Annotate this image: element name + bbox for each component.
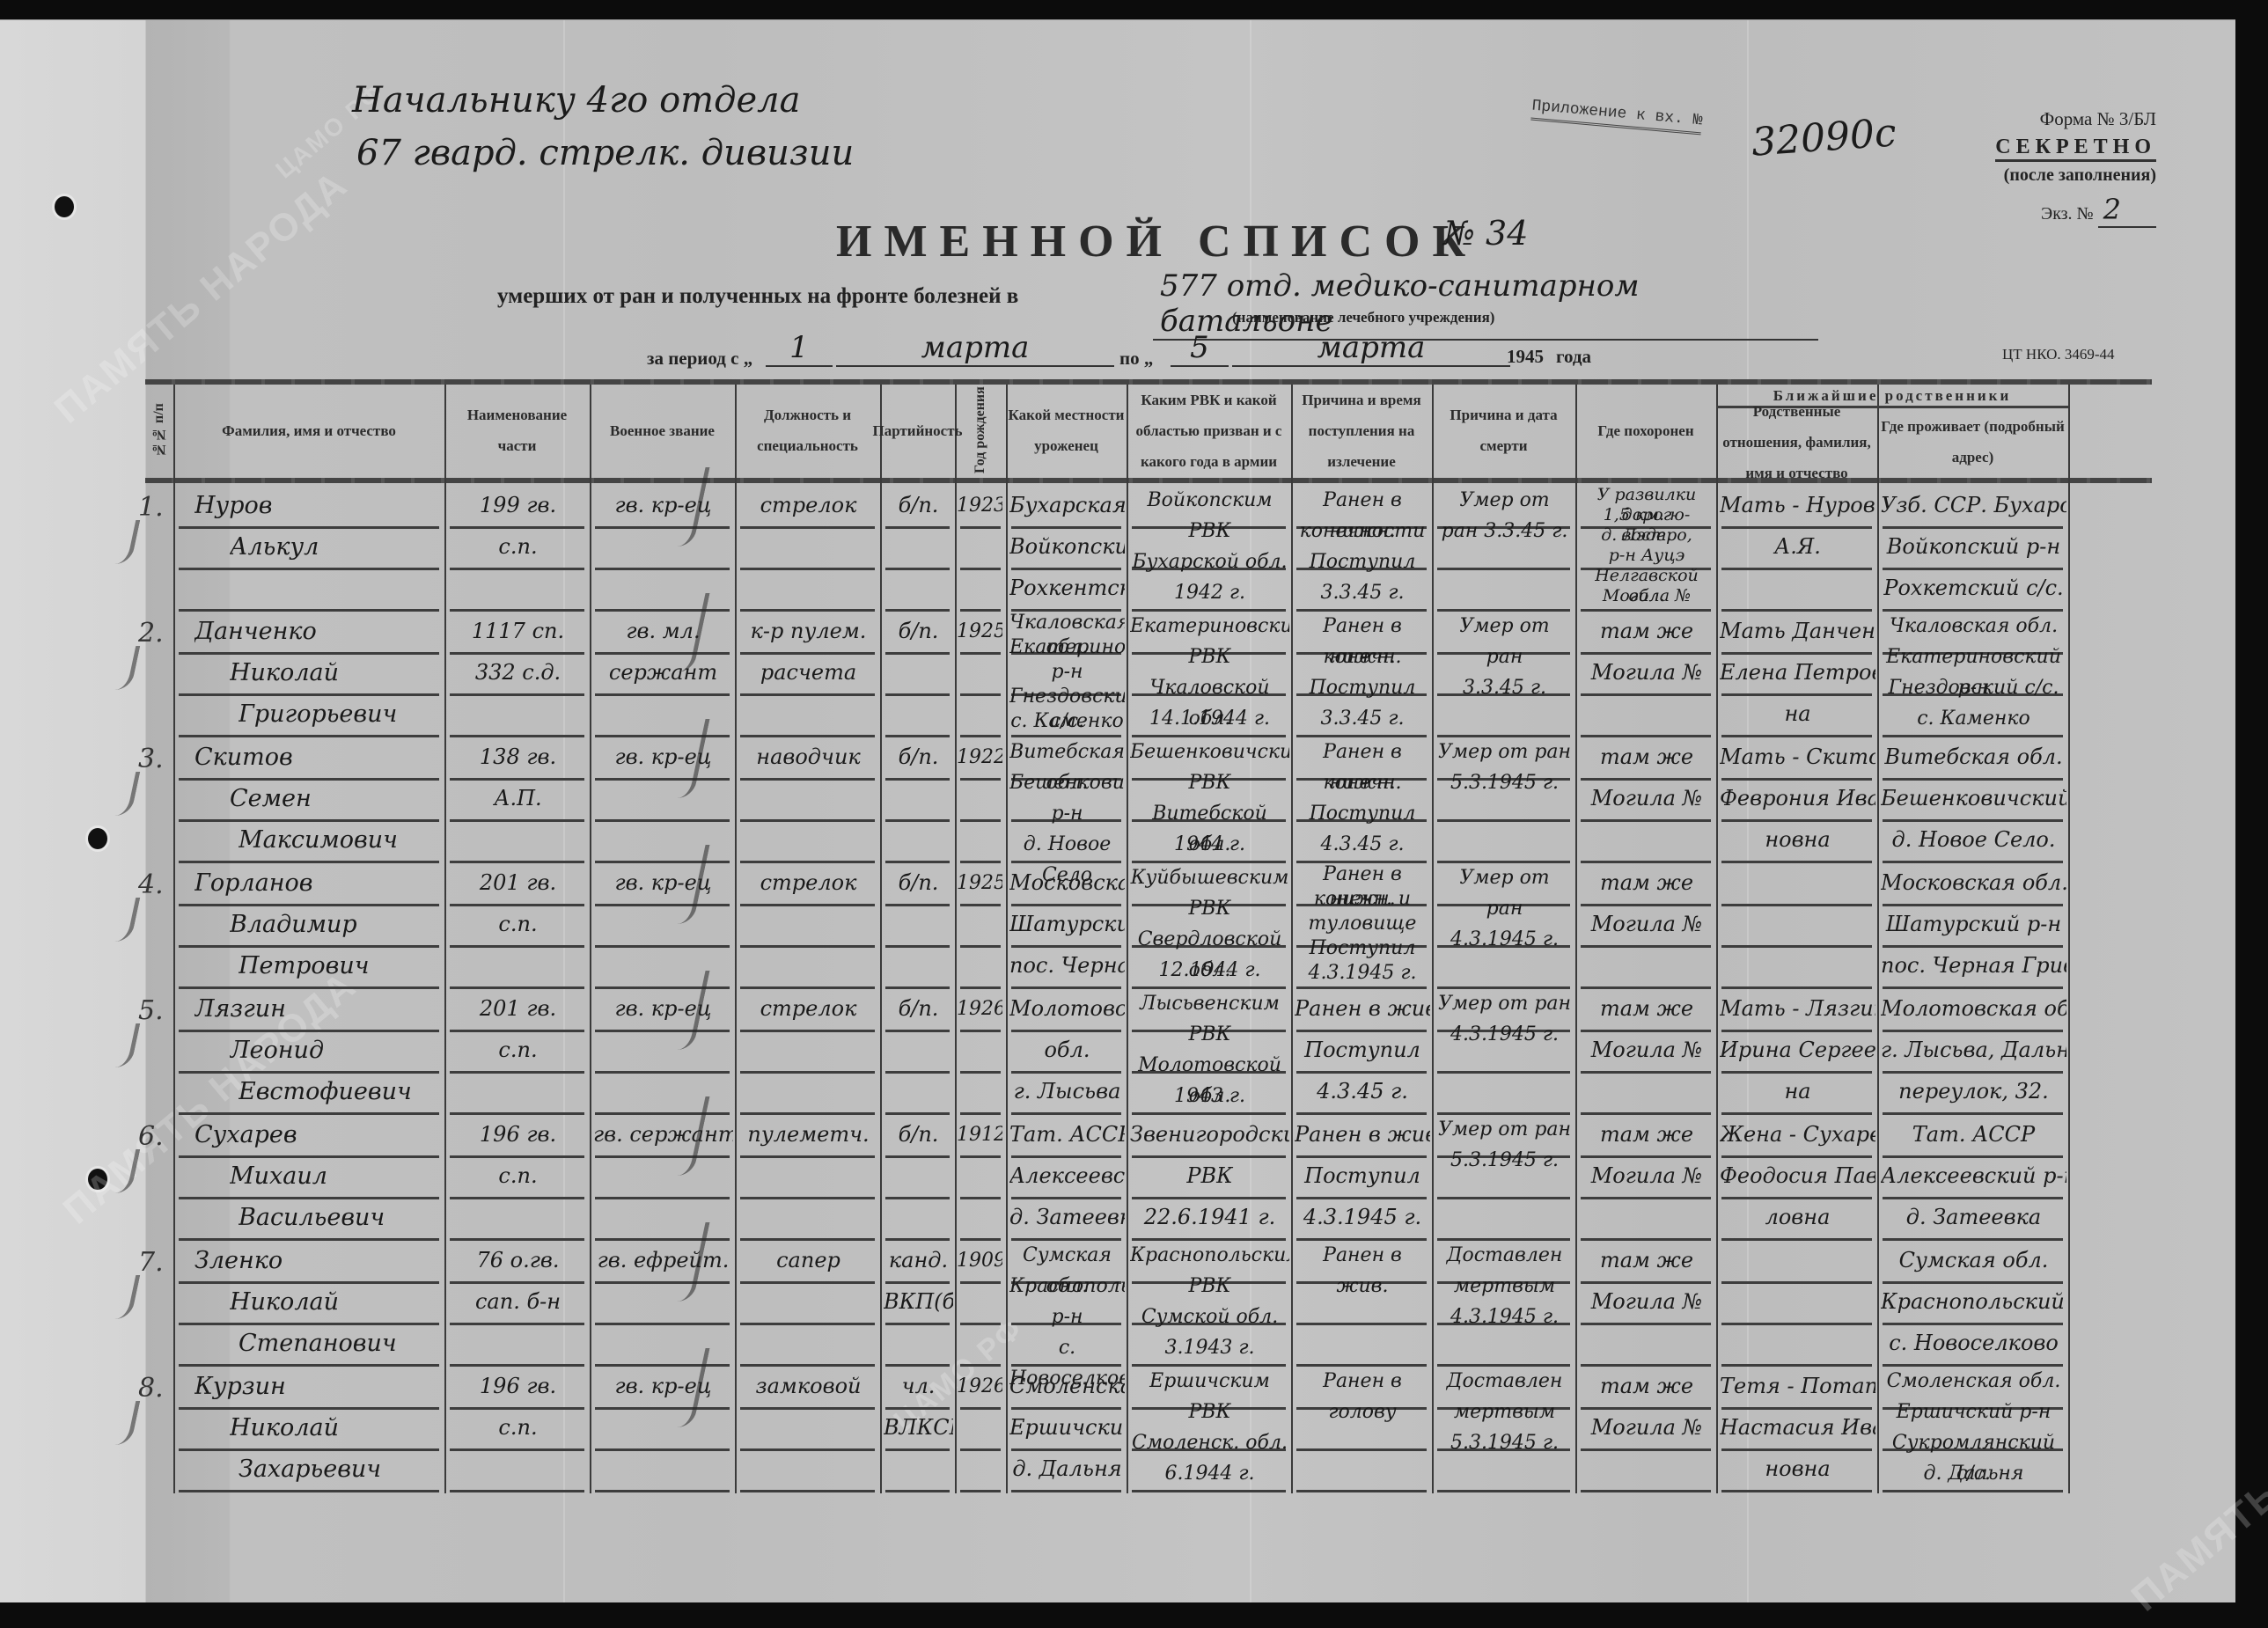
burial-line: там же — [1579, 737, 1714, 778]
burial-line: Могила № — [1579, 778, 1714, 819]
row-number: 3. — [138, 738, 164, 781]
drafted-line: РВК — [1130, 767, 1289, 798]
name-line: Зленко — [195, 1240, 443, 1281]
unit-line: с.п. — [448, 526, 588, 568]
name-line: Нуров — [195, 485, 443, 526]
birthplace-line: р-н — [1009, 798, 1125, 829]
position-line: пулеметч. — [738, 1114, 878, 1155]
burial-line: Могила № — [1579, 1281, 1714, 1323]
position-line: стрелок — [738, 988, 878, 1030]
drafted-line: РВК — [1130, 1019, 1289, 1050]
relative-address-line: д. Дальня — [1881, 1458, 2066, 1489]
admission-line: Поступил — [1295, 546, 1430, 577]
name-line: Данченко — [195, 611, 443, 652]
unit-line: с.п. — [448, 1030, 588, 1071]
unit-line: 332 с.д. — [448, 652, 588, 693]
registry-stamp: Приложение к вх. № — [1530, 98, 1703, 136]
table-row: 6.СухаревМихаилВасильевич196 гв.с.п.гв. … — [145, 1114, 2152, 1240]
check-mark-icon — [114, 1401, 141, 1445]
table-row: 8.КурзинНиколайЗахарьевич196 гв.с.п.гв. … — [145, 1366, 2152, 1492]
rank-line: гв. кр-ец — [593, 737, 733, 778]
relative-address-line: д. Новое Село. — [1881, 819, 2066, 861]
admission-line: конечн. и — [1295, 887, 1430, 912]
rank-line: гв. кр-ец — [593, 862, 733, 904]
party-line: б/п. — [884, 988, 953, 1030]
burial-line: там же — [1579, 1114, 1714, 1155]
unit-line: 196 гв. — [448, 1366, 588, 1407]
drafted-line: Куйбышевским — [1130, 862, 1289, 893]
death-line: Доставлен — [1435, 1240, 1574, 1271]
drafted-line: 6.1944 г. — [1130, 1458, 1289, 1489]
position-line: расчета — [738, 652, 878, 693]
check-mark-icon — [114, 898, 141, 942]
document-title: ИМЕННОЙ СПИСОК — [836, 216, 1478, 268]
burial-line: Могила № — [1579, 1407, 1714, 1448]
birthplace-line: Тат. АССР — [1009, 1114, 1125, 1155]
rank-line: гв. ефрейт. — [593, 1240, 733, 1281]
death-line: Умер от — [1435, 485, 1574, 516]
drafted-line: 1944 г. — [1130, 829, 1289, 860]
relative-name-line: Феодосия Пав- — [1720, 1155, 1875, 1197]
position-line: стрелок — [738, 485, 878, 526]
relative-name-line: Настасия Ива- — [1720, 1407, 1875, 1448]
unit-line: 201 гв. — [448, 862, 588, 904]
binder-hole — [55, 196, 74, 217]
column-header-relatives-group: Ближайшие родственники — [1716, 385, 2068, 406]
death-line: ран — [1435, 893, 1574, 924]
relative-address-line: Чкаловская обл. — [1881, 611, 2066, 642]
birthplace-line: Ершичский р-н — [1009, 1407, 1125, 1448]
row-number: 4. — [138, 864, 164, 906]
death-line: 5.3.1945 г. — [1435, 1145, 1574, 1176]
list-number: № 34 — [1443, 214, 1528, 253]
relative-name-line: Мать - Нурова — [1720, 485, 1875, 526]
party-line: б/п. — [884, 485, 953, 526]
relative-address-line: с. Каменко — [1881, 703, 2066, 734]
name-line: Владимир — [230, 904, 443, 945]
birthplace-line: Молотовская — [1009, 988, 1125, 1030]
drafted-line: Сумской обл. — [1130, 1302, 1289, 1332]
addressee-line-1: Начальнику 4го отдела — [352, 80, 800, 121]
drafted-line: 3.1943 г. — [1130, 1332, 1289, 1363]
relative-name-line: Феврония Ива- — [1720, 778, 1875, 819]
binder-hole — [88, 828, 107, 849]
position-line: наводчик — [738, 737, 878, 778]
relative-address-line: Рохкетский с/с. — [1881, 568, 2066, 609]
name-line: Захарьевич — [239, 1448, 443, 1490]
relative-address-line: Краснопольский р-н — [1881, 1281, 2066, 1323]
birthplace-line: Смоленская обл. — [1009, 1366, 1125, 1407]
relative-address-line: Алексеевский р-н — [1881, 1155, 2066, 1197]
name-line: Максимович — [239, 819, 443, 861]
death-line: Умер от ран — [1435, 988, 1574, 1019]
name-line: Курзин — [195, 1366, 443, 1407]
rank-line: гв. сержант — [593, 1114, 733, 1155]
name-line: Леонид — [230, 1030, 443, 1071]
admission-line: Поступил — [1295, 672, 1430, 703]
death-line: мертвым — [1435, 1397, 1574, 1427]
document-page: ПАМЯТЬ НАРОДА ПАМЯТЬ НАРОДА ПАМЯТЬ НАРОД… — [0, 19, 2235, 1602]
relative-name-line: Жена - Сухарева — [1720, 1114, 1875, 1155]
period-prefix: за период с „ — [647, 348, 752, 370]
admission-line: Ранен в живот — [1295, 1114, 1430, 1155]
position-line: к-р пулем. — [738, 611, 878, 652]
drafted-line: 14.1.1944 г. — [1130, 703, 1289, 734]
name-line: Евстофиевич — [239, 1071, 443, 1112]
relative-address-line: Молотовская обл. — [1881, 988, 2066, 1030]
birthplace-line: г. Лысьва — [1009, 1071, 1125, 1112]
row-number: 2. — [138, 612, 164, 655]
relative-name-line: Мать - Скитова — [1720, 737, 1875, 778]
column-header-num: №№ п/п — [147, 386, 172, 474]
drafted-line: Звенигородским — [1130, 1114, 1289, 1155]
birthplace-line: Екатериновский — [1009, 635, 1125, 660]
column-header-unit: Наименование части — [446, 386, 588, 474]
name-line: Скитов — [195, 737, 443, 778]
name-line: Григорьевич — [239, 693, 443, 735]
birth-year: 1926 — [957, 1366, 1002, 1408]
admission-line: Ранен в живот — [1295, 988, 1430, 1030]
position-line: замковой — [738, 1366, 878, 1407]
relative-address-line: Бешенковичский р-н — [1881, 778, 2066, 819]
table-row: 7.ЗленкоНиколайСтепанович76 о.гв.сап. б-… — [145, 1240, 2152, 1366]
admission-line: 3.3.45 г. — [1295, 703, 1430, 734]
death-line: Умер от ран — [1435, 1114, 1574, 1145]
party-line: канд. — [884, 1240, 953, 1281]
table-row: 1.НуровАлькул199 гв.с.п.гв. кр-ецстрелок… — [145, 485, 2152, 611]
admission-line: Ранен в голову — [1295, 1366, 1430, 1427]
name-line: Николай — [230, 652, 443, 693]
birthplace-line: Шатурский р-н — [1009, 904, 1125, 945]
relative-address-line: Московская обл. — [1881, 862, 2066, 904]
drafted-line: РВК — [1130, 1397, 1289, 1427]
rank-line: гв. мл. — [593, 611, 733, 652]
admission-line: 4.3.1945 г. — [1295, 1197, 1430, 1238]
admission-line: 4.3.1945 г. — [1295, 961, 1430, 986]
table-row: 3.СкитовСеменМаксимович138 гв.А.П.гв. кр… — [145, 737, 2152, 862]
period-from-day: 1 — [766, 330, 833, 367]
name-line: Васильевич — [239, 1197, 443, 1238]
relative-address-line: Гнездовский с/с. — [1881, 672, 2066, 703]
party-line: ВКП(б) — [884, 1281, 953, 1323]
admission-line: 4.3.45 г. — [1295, 1071, 1430, 1112]
name-line: Николай — [230, 1407, 443, 1448]
column-header-name: Фамилия, имя и отчество — [175, 386, 443, 474]
relative-address-line: г. Лысьва, Дальний — [1881, 1030, 2066, 1071]
column-header-admission: Причина и время поступления на излечение — [1293, 386, 1430, 474]
burial-line: Могила № — [1579, 586, 1714, 606]
unit-line: 1117 сп. — [448, 611, 588, 652]
birthplace-line: Краснопольский — [1009, 1271, 1125, 1302]
drafted-line: Смоленск. обл. — [1130, 1427, 1289, 1458]
relative-name-line: Мать Данченко — [1720, 611, 1875, 652]
relative-address-line: Узб. ССР. Бухарская обл. — [1881, 485, 2066, 526]
table-row: 4.ГорлановВладимирПетрович201 гв.с.п.гв.… — [145, 862, 2152, 988]
copy-number: 2 — [2098, 193, 2156, 228]
form-block: Форма № 3/БЛ СЕКРЕТНО (после заполнения)… — [1995, 108, 2156, 226]
relative-address-line: Смоленская обл. — [1881, 1366, 2066, 1397]
column-header-burial: Где похоронен — [1577, 386, 1714, 474]
row-number: 5. — [138, 990, 164, 1032]
drafted-line: Краснопольским — [1130, 1240, 1289, 1271]
drafted-line: РВК — [1130, 1155, 1289, 1197]
death-line: 5.3.1945 г. — [1435, 1427, 1574, 1458]
birthplace-line: р-н — [1009, 660, 1125, 685]
relative-name-line: на — [1720, 693, 1875, 735]
relative-name-line: Ирина Сергеев- — [1720, 1030, 1875, 1071]
form-number: Форма № 3/БЛ — [1995, 108, 2156, 130]
burial-line: д. Лэдеро, — [1579, 525, 1714, 546]
drafted-line: Ершичским — [1130, 1366, 1289, 1397]
column-header-position: Должность и специальность — [737, 386, 878, 474]
admission-line: Поступил — [1295, 936, 1430, 961]
death-line: 3.3.45 г. — [1435, 672, 1574, 703]
relative-address-line: д. Затеевка — [1881, 1197, 2066, 1238]
name-line: Семен — [230, 778, 443, 819]
secret-label: СЕКРЕТНО — [1995, 136, 2156, 162]
drafted-line: 1942 г. — [1130, 577, 1289, 608]
relative-address-line: Ершичский р-н — [1881, 1397, 2066, 1427]
drafted-line: 22.6.1941 г. — [1130, 1197, 1289, 1238]
burial-line: там же — [1579, 611, 1714, 652]
death-line: Доставлен — [1435, 1366, 1574, 1397]
row-number: 8. — [138, 1368, 164, 1410]
casualty-table: №№ п/пФамилия, имя и отчествоНаименовани… — [145, 379, 2152, 1514]
name-line: Лязгин — [195, 988, 443, 1030]
row-number: 1. — [138, 487, 164, 529]
admission-line: конечн. — [1295, 642, 1430, 672]
birthplace-line: р-н — [1009, 1302, 1125, 1332]
admission-line: Ранен в жив. — [1295, 1240, 1430, 1302]
table-row: 2.ДанченкоНиколайГригорьевич1117 сп.332 … — [145, 611, 2152, 737]
name-line: Алькул — [230, 526, 443, 568]
period-year: 1945 — [1507, 346, 1544, 368]
column-header-rank: Военное звание — [591, 386, 733, 474]
death-line: Умер от ран — [1435, 737, 1574, 767]
column-header-party: Партийность — [882, 386, 953, 474]
copy-label: Экз. № — [2041, 204, 2094, 224]
drafted-line: 12.1944 г. — [1130, 955, 1289, 986]
relative-name-line: на — [1720, 1071, 1875, 1112]
position-line: сапер — [738, 1240, 878, 1281]
column-header-death: Причина и дата смерти — [1434, 386, 1574, 474]
relative-name-line: Мать - Лязгина — [1720, 988, 1875, 1030]
relative-name-line: Елена Петров- — [1720, 652, 1875, 693]
birthplace-line: Московская обл. — [1009, 862, 1125, 904]
rank-line: гв. кр-ец — [593, 1366, 733, 1407]
admission-line: конечности — [1295, 516, 1430, 546]
relative-address-line: переулок, 32. — [1881, 1071, 2066, 1112]
relative-address-line: с. Новоселково — [1881, 1323, 2066, 1364]
party-line: б/п. — [884, 737, 953, 778]
death-line: мертвым — [1435, 1271, 1574, 1302]
table-row: 5.ЛязгинЛеонидЕвстофиевич201 гв.с.п.гв. … — [145, 988, 2152, 1114]
row-number: 6. — [138, 1116, 164, 1158]
relative-address-line: Витебская обл. — [1881, 737, 2066, 778]
rank-line: гв. кр-ец — [593, 485, 733, 526]
birth-year: 1926 — [957, 988, 1002, 1030]
name-line: Николай — [230, 1281, 443, 1323]
party-line: б/п. — [884, 611, 953, 652]
printer-mark: ЦТ НКО. 3469-44 — [2002, 346, 2115, 363]
party-line: б/п. — [884, 1114, 953, 1155]
death-line: Умер от — [1435, 611, 1574, 642]
admission-line: Поступил — [1295, 1155, 1430, 1197]
unit-line: с.п. — [448, 1407, 588, 1448]
birthplace-line: д. Дальня — [1009, 1448, 1125, 1490]
unit-line: А.П. — [448, 778, 588, 819]
birthplace-line: с. Каменко — [1009, 709, 1125, 734]
institution-caption: (наименование лечебного учреждения) — [1232, 309, 1494, 326]
unit-line: 201 гв. — [448, 988, 588, 1030]
check-mark-icon — [114, 520, 141, 564]
birth-year: 1925 — [957, 862, 1002, 905]
birth-year: 1923 — [957, 485, 1002, 527]
column-header-relative-name: Родственные отношения, фамилия, имя и от… — [1718, 409, 1875, 474]
admission-line: 4.3.45 г. — [1295, 829, 1430, 860]
death-line: 4.3.1945 г. — [1435, 924, 1574, 955]
unit-line: 199 гв. — [448, 485, 588, 526]
death-line: 4.3.1945 г. — [1435, 1019, 1574, 1050]
relative-address-line: пос. Черная Грива — [1881, 945, 2066, 986]
period-to-day: 5 — [1171, 330, 1229, 367]
drafted-line: РВК — [1130, 893, 1289, 924]
death-line: ран — [1435, 642, 1574, 672]
party-line: чл. — [884, 1366, 953, 1407]
relative-name-line: новна — [1720, 819, 1875, 861]
burial-line: Могила № — [1579, 652, 1714, 693]
column-header-drafted: Каким РВК и какой областью призван и с к… — [1128, 386, 1289, 474]
unit-line: 76 о.гв. — [448, 1240, 588, 1281]
name-line: Петрович — [239, 945, 443, 986]
death-line: 5.3.1945 г. — [1435, 767, 1574, 798]
admission-line: туловище — [1295, 912, 1430, 936]
drafted-line: Екатериновским — [1130, 611, 1289, 642]
addressee-line-2: 67 гвард. стрелк. дивизии — [356, 133, 854, 173]
birthplace-line: Рохкентский с/с. — [1009, 568, 1125, 609]
unit-line: с.п. — [448, 904, 588, 945]
drafted-line: РВК — [1130, 642, 1289, 672]
period-to-month: марта — [1232, 330, 1510, 367]
check-mark-icon — [114, 646, 141, 690]
death-line: ран 3.3.45 г. — [1435, 516, 1574, 546]
period-to-label: по „ — [1119, 348, 1153, 370]
burial-line: Могила № — [1579, 1155, 1714, 1197]
relative-name-line: А.Я. — [1720, 526, 1875, 568]
unit-line: 138 гв. — [448, 737, 588, 778]
birth-year: 1909 — [957, 1240, 1002, 1282]
relative-address-line: Сумская обл. — [1881, 1240, 2066, 1281]
burial-line: там же — [1579, 1240, 1714, 1281]
burial-line: там же — [1579, 862, 1714, 904]
name-line: Сухарев — [195, 1114, 443, 1155]
relative-name-line: новна — [1720, 1448, 1875, 1490]
rank-line: гв. кр-ец — [593, 988, 733, 1030]
admission-line: конечн. — [1295, 767, 1430, 798]
drafted-line: Бешенковичским — [1130, 737, 1289, 767]
birthplace-line: обл. — [1009, 1030, 1125, 1071]
check-mark-icon — [114, 772, 141, 816]
position-line: стрелок — [738, 862, 878, 904]
row-number: 7. — [138, 1242, 164, 1284]
admission-line: 3.3.45 г. — [1295, 577, 1430, 608]
death-line: 4.3.1945 г. — [1435, 1302, 1574, 1332]
party-line: ВЛКСМ — [884, 1407, 953, 1448]
birthplace-line: пос. Черная Грива — [1009, 945, 1125, 986]
unit-line: 196 гв. — [448, 1114, 588, 1155]
column-header-relative-address: Где проживает (подробный адрес) — [1879, 409, 2066, 474]
subtitle: умерших от ран и полученных на фронте бо… — [497, 284, 1018, 309]
check-mark-icon — [114, 1275, 141, 1319]
drafted-line: РВК — [1130, 1271, 1289, 1302]
unit-line: с.п. — [448, 1155, 588, 1197]
drafted-line: РВК — [1130, 516, 1289, 546]
birthplace-line: Бешенковичский — [1009, 767, 1125, 798]
admission-line: Поступил — [1295, 798, 1430, 829]
burial-line: там же — [1579, 988, 1714, 1030]
period-suffix: года — [1556, 346, 1591, 368]
burial-line: там же — [1579, 1366, 1714, 1407]
drafted-line: Войкопским — [1130, 485, 1289, 516]
relative-name-line: ловна — [1720, 1197, 1875, 1238]
burial-line: р-н Ауцэ — [1579, 546, 1714, 566]
party-line: б/п. — [884, 862, 953, 904]
admission-line: Поступил — [1295, 1030, 1430, 1071]
registry-number: 32090с — [1750, 110, 1897, 165]
relative-name-line: Тетя - Потапова — [1720, 1366, 1875, 1407]
burial-line: Могила № — [1579, 1030, 1714, 1071]
drafted-line: Лысьвенским — [1130, 988, 1289, 1019]
drafted-line: Бухарской обл. — [1130, 546, 1289, 577]
check-mark-icon — [114, 1023, 141, 1067]
relative-address-line: Войкопский р-н — [1881, 526, 2066, 568]
relative-address-line: Тат. АССР — [1881, 1114, 2066, 1155]
birth-year: 1922 — [957, 737, 1002, 779]
secret-note: (после заполнения) — [1995, 165, 2156, 186]
birthplace-line: д. Затеевка — [1009, 1197, 1125, 1238]
name-line: Горланов — [195, 862, 443, 904]
death-line: Умер от — [1435, 862, 1574, 893]
column-header-birth-year: Год рождения — [957, 386, 1004, 474]
burial-line: Могила № — [1579, 904, 1714, 945]
birth-year: 1912 — [957, 1114, 1002, 1156]
name-line: Михаил — [230, 1155, 443, 1197]
birth-year: 1925 — [957, 611, 1002, 653]
column-header-birthplace: Какой местности уроженец — [1008, 386, 1125, 474]
drafted-line: 1943 г. — [1130, 1081, 1289, 1111]
birthplace-line: Войкопский р-н — [1009, 526, 1125, 568]
period-from-month: марта — [836, 330, 1114, 367]
birthplace-line: Бухарская обл. — [1009, 485, 1125, 526]
name-line: Степанович — [239, 1323, 443, 1364]
relative-address-line: Шатурский р-н — [1881, 904, 2066, 945]
birthplace-line: Алексеевский р-н — [1009, 1155, 1125, 1197]
unit-line: сап. б-н — [448, 1281, 588, 1323]
